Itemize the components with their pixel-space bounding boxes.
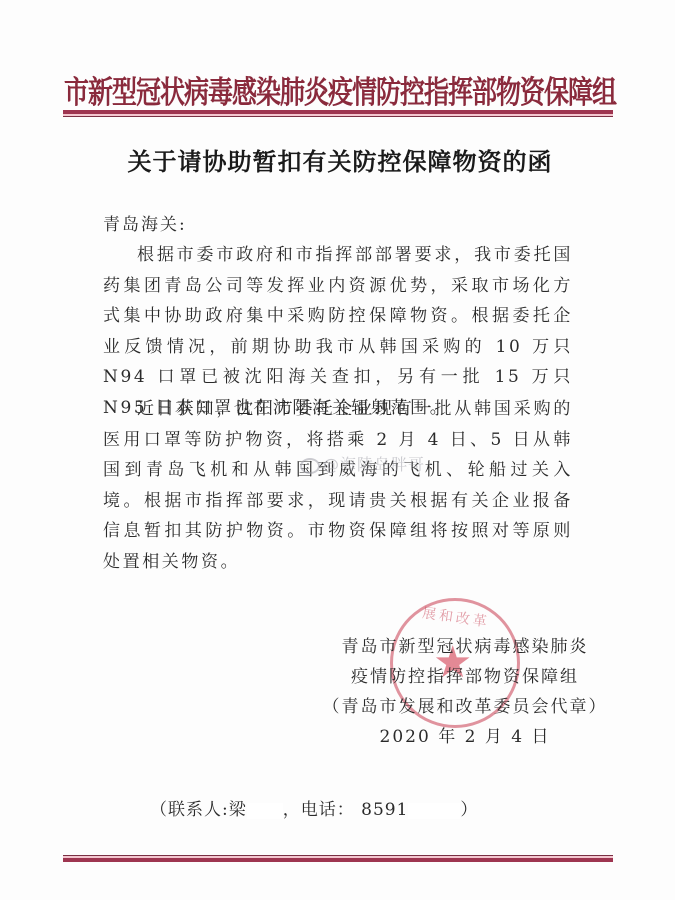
- footer-divider: [63, 855, 613, 862]
- contact-phone-label: ，电话： 8591: [283, 800, 409, 820]
- redacted-name: [247, 803, 283, 819]
- signature-block: 青岛市新型冠状病毒感染肺炎 疫情防控指挥部物资保障组 （青岛市发展和改革委员会代…: [305, 632, 625, 752]
- contact-person-label: （联系人:梁: [150, 800, 247, 820]
- divider-thick-line: [63, 858, 613, 862]
- weibo-icon: [300, 458, 320, 474]
- divider-thin-line: [63, 116, 613, 117]
- contact-suffix: ）: [460, 800, 478, 820]
- letterhead-title: 市新型冠状病毒感染肺炎疫情防控指挥部物资保障组: [60, 68, 620, 113]
- contact-line: （联系人:梁，电话： 8591）: [150, 795, 478, 820]
- redacted-phone: [408, 803, 460, 819]
- signature-org-line-1: 青岛市新型冠状病毒感染肺炎: [305, 632, 625, 662]
- signature-org-line-2: 疫情防控指挥部物资保障组: [305, 662, 625, 692]
- watermark-text: @海陵岛胖哥: [323, 455, 425, 474]
- salutation: 青岛海关:: [103, 210, 187, 235]
- seal-text: 展和改革: [410, 601, 502, 633]
- document-page: 市新型冠状病毒感染肺炎疫情防控指挥部物资保障组 关于请协助暂扣有关防控保障物资的…: [0, 0, 675, 900]
- signature-date: 2020 年 2 月 4 日: [305, 722, 625, 752]
- signature-stamp-note: （青岛市发展和改革委员会代章）: [305, 692, 625, 722]
- body-paragraph-2: 近日获知，沈阳市委托企业现有一批从韩国采购的医用口罩等防护物资，将搭乘 2 月 …: [103, 394, 573, 577]
- document-title: 关于请协助暂扣有关防控保障物资的函: [80, 142, 600, 177]
- letterhead-divider: [63, 110, 613, 117]
- weibo-watermark: @海陵岛胖哥: [300, 452, 425, 475]
